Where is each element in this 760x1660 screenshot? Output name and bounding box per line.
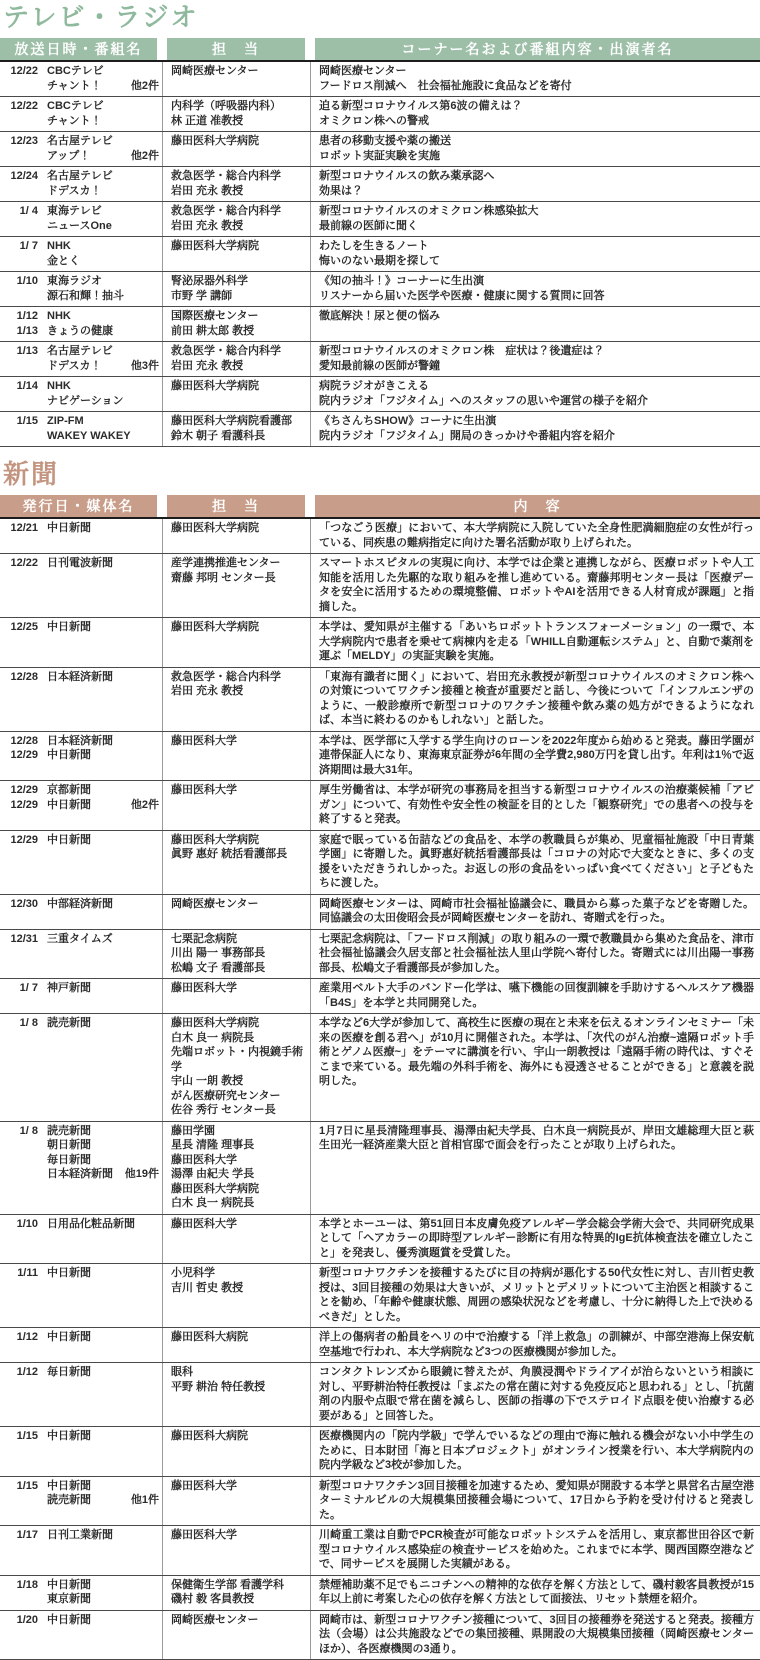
date-label <box>5 254 38 269</box>
content-cell: 洋上の傷病者の船員をヘリの中で治療する「洋上救急」の訓練が、中部空港海上保安航空… <box>310 1328 760 1362</box>
content-paragraph: 岡崎市は、新型コロナワクチン接種について、3回目の接種券を発送すると発表。接種方… <box>319 1613 754 1657</box>
program-line: 1/13名古屋テレビ <box>5 344 159 359</box>
program-cell: 1/13名古屋テレビドデスカ！他3件 <box>0 342 162 376</box>
date-label <box>5 429 38 444</box>
staff-line: 岩田 充永 教授 <box>171 684 306 699</box>
media-line: 12/25中日新聞 <box>5 620 159 635</box>
program-cell: 12/24名古屋テレビドデスカ！ <box>0 167 162 201</box>
media-cell: 1/11中日新聞 <box>0 1264 162 1327</box>
table-row: 12/31三重タイムズ七栗記念病院川出 陽一 事務部長松嶋 文子 看護部長七栗記… <box>0 930 760 980</box>
media-name: 三重タイムズ <box>47 932 113 947</box>
media-line: 読売新聞他1件 <box>5 1493 159 1508</box>
staff-line: 藤田医科大学病院 <box>171 379 306 394</box>
content-line: 院内ラジオ「フジタイム」へのスタッフの思いや運営の様子を紹介 <box>319 394 754 409</box>
tv-table-header-row: 放送日時・番組名 担 当 コーナー名および番組内容・出演者名 <box>0 38 760 62</box>
date-label: 12/22 <box>5 64 38 79</box>
staff-cell: 保健衛生学部 看護学科磯村 毅 客員教授 <box>162 1576 310 1610</box>
date-label: 12/29 <box>5 783 38 798</box>
staff-line: 星長 清隆 理事長 <box>171 1138 306 1153</box>
staff-cell: 救急医学・総合内科学岩田 充永 教授 <box>162 668 310 731</box>
media-line: 東京新聞 <box>5 1592 159 1607</box>
media-name: 中日新聞 <box>47 748 91 763</box>
date-label <box>5 219 38 234</box>
content-cell: 新型コロナウイルスのオミクロン株感染拡大最前線の医師に聞く <box>310 202 760 236</box>
table-row: 1/12毎日新聞眼科平野 耕治 特任教授コンタクトレンズから眼鏡に替えたが、角膜… <box>0 1363 760 1427</box>
content-cell: 新型コロナワクチンを接種するたびに目の持病が悪化する50代女性に対し、吉川哲史教… <box>310 1264 760 1327</box>
table-row: 12/22日刊電波新聞産学連携推進センター齋藤 邦明 センター長スマートホスピタ… <box>0 554 760 618</box>
content-cell: 新型コロナワクチン3回目接種を加速するため、愛知県が開設する本学と県営名古屋空港… <box>310 1477 760 1526</box>
staff-line: 白木 良一 病院長 <box>171 1196 306 1211</box>
program-name: NHK <box>47 309 71 324</box>
table-row: 1/12中日新聞藤田医科大病院洋上の傷病者の船員をヘリの中で治療する「洋上救急」… <box>0 1328 760 1363</box>
staff-line: 保健衛生学部 看護学科 <box>171 1578 306 1593</box>
newspaper-table-header-row: 発行日・媒体名 担 当 内 容 <box>0 495 760 519</box>
media-line: 12/30中部経済新聞 <box>5 897 159 912</box>
tv-radio-title: テレビ・ラジオ <box>3 2 760 32</box>
date-label: 1/ 8 <box>5 1124 38 1139</box>
staff-cell: 藤田医科大学病院眞野 惠好 統括看護部長 <box>162 831 310 894</box>
table-row: 1/15中日新聞藤田医科大病院医療機関内の「院内学級」で学んでいるなどの理由で海… <box>0 1427 760 1477</box>
staff-line: 救急医学・総合内科学 <box>171 344 306 359</box>
staff-line: 内科学（呼吸器内科） <box>171 99 306 114</box>
table-row: 12/28日本経済新聞12/29中日新聞藤田医科大学本学は、医学部に入学する学生… <box>0 732 760 782</box>
extra-count-label: 他2件 <box>131 149 159 164</box>
staff-line: 藤田医科大学 <box>171 1217 306 1232</box>
tv-table-body: 12/22CBCテレビチャント！他2件岡崎医療センター岡崎医療センターフードロス… <box>0 62 760 447</box>
program-line: ドデスカ！他3件 <box>5 359 159 374</box>
staff-line: 藤田医科大学 <box>171 981 306 996</box>
date-label <box>5 1138 38 1153</box>
tv-header-col-program: 放送日時・番組名 <box>0 38 162 60</box>
program-name: 金とく <box>47 254 80 269</box>
staff-line: 藤田医科大学 <box>171 1153 306 1168</box>
staff-line: 川出 陽一 事務部長 <box>171 946 306 961</box>
content-cell: 本学は、愛知県が主催する「あいちロボットトランスフォーメーション」の一環で、本大… <box>310 618 760 667</box>
table-row: 12/24名古屋テレビドデスカ！救急医学・総合内科学岩田 充永 教授新型コロナウ… <box>0 167 760 202</box>
newspaper-header-col-media-label: 発行日・媒体名 <box>0 495 157 517</box>
staff-cell: 内科学（呼吸器内科）林 正道 准教授 <box>162 97 310 131</box>
program-line: 12/22CBCテレビ <box>5 64 159 79</box>
program-name: NHK <box>47 239 71 254</box>
date-label: 12/24 <box>5 169 38 184</box>
table-row: 1/ 8読売新聞藤田医科大学病院白木 良一 病院長先端ロボット・内視鏡手術学宇山… <box>0 1014 760 1122</box>
program-cell: 1/10東海ラジオ源石和輝！抽斗 <box>0 272 162 306</box>
content-line: 迫る新型コロナウイルス第6波の備えは？ <box>319 99 754 114</box>
content-paragraph: 禁煙補助薬不足でもニコチンへの精神的な依存を解く方法として、磯村毅客員教授が15… <box>319 1578 754 1607</box>
program-name: ニュースOne <box>47 219 112 234</box>
staff-line: 先端ロボット・内視鏡手術学 <box>171 1045 306 1074</box>
staff-line: 藤田医科大病院 <box>171 1330 306 1345</box>
content-cell: 《ちさんちSHOW》コーナに生出演院内ラジオ「フジタイム」開局のきっかけや番組内… <box>310 412 760 446</box>
table-row: 1/11中日新聞小児科学吉川 哲史 教授新型コロナワクチンを接種するたびに目の持… <box>0 1264 760 1328</box>
content-paragraph: 「東海有識者に聞く」において、岩田充永教授が新型コロナウイルスのオミクロン株への… <box>319 670 754 728</box>
program-cell: 1/14NHKナビゲーション <box>0 377 162 411</box>
program-name: 東海ラジオ <box>47 274 102 289</box>
program-line: 1/14NHK <box>5 379 159 394</box>
media-name: 日刊工業新聞 <box>47 1528 113 1543</box>
date-label: 12/31 <box>5 932 38 947</box>
date-label: 1/15 <box>5 1479 38 1494</box>
media-name: 神戸新聞 <box>47 981 91 996</box>
media-line: 12/28日本経済新聞 <box>5 670 159 685</box>
content-cell: 家庭で眠っている缶詰などの食品を、本学の教職員らが集め、児童福祉施設「中日青葉学… <box>310 831 760 894</box>
staff-line: 藤田医科大学病院 <box>171 1016 306 1031</box>
content-paragraph: 新型コロナワクチン3回目接種を加速するため、愛知県が開設する本学と県営名古屋空港… <box>319 1479 754 1523</box>
media-line: 1/20中日新聞 <box>5 1613 159 1628</box>
date-label <box>5 359 38 374</box>
content-cell: 本学は、医学部に入学する学生向けのローンを2022年度から始めると発表。藤田学園… <box>310 732 760 781</box>
staff-line: 前田 耕太郎 教授 <box>171 324 306 339</box>
content-paragraph: 1月7日に星長清隆理事長、湯澤由紀夫学長、白木良一病院長が、岸田文雄総理大臣と萩… <box>319 1124 754 1153</box>
media-cell: 12/22日刊電波新聞 <box>0 554 162 617</box>
staff-cell: 藤田医科大学病院 <box>162 132 310 166</box>
staff-line: 岩田 充永 教授 <box>171 184 306 199</box>
table-row: 12/28日本経済新聞救急医学・総合内科学岩田 充永 教授「東海有識者に聞く」に… <box>0 668 760 732</box>
table-row: 1/ 4東海テレビニュースOne救急医学・総合内科学岩田 充永 教授新型コロナウ… <box>0 202 760 237</box>
staff-cell: 藤田学園星長 清隆 理事長藤田医科大学湯澤 由紀夫 学長藤田医科大学病院白木 良… <box>162 1122 310 1214</box>
date-label: 1/18 <box>5 1578 38 1593</box>
program-name: 名古屋テレビ <box>47 344 113 359</box>
media-line: 1/ 7神戸新聞 <box>5 981 159 996</box>
content-paragraph: 「つなごう医療」において、本大学病院に入院していた全身性肥満細胞症の女性が行って… <box>319 521 754 550</box>
date-label: 12/22 <box>5 556 38 571</box>
staff-line: 岩田 充永 教授 <box>171 359 306 374</box>
content-line: 患者の移動支援や薬の搬送 <box>319 134 754 149</box>
table-row: 1/10日用品化粧品新聞藤田医科大学本学とホーユーは、第51回日本皮膚免疫アレル… <box>0 1215 760 1265</box>
content-line: 徹底解決！尿と便の悩み <box>319 309 754 324</box>
table-row: 1/15中日新聞読売新聞他1件藤田医科大学新型コロナワクチン3回目接種を加速する… <box>0 1477 760 1527</box>
media-line: 1/12中日新聞 <box>5 1330 159 1345</box>
content-line: 新型コロナウイルスの飲み薬承認へ <box>319 169 754 184</box>
table-row: 12/22CBCテレビチャント！内科学（呼吸器内科）林 正道 准教授迫る新型コロ… <box>0 97 760 132</box>
program-line: 源石和輝！抽斗 <box>5 289 159 304</box>
media-name: 日用品化粧品新聞 <box>47 1217 135 1232</box>
staff-line: 藤田医科大病院 <box>171 1429 306 1444</box>
content-line: 愛知最前線の医師が警鐘 <box>319 359 754 374</box>
media-cell: 12/29京都新聞12/29中日新聞他2件 <box>0 781 162 830</box>
media-name: 中部経済新聞 <box>47 897 113 912</box>
media-line: 12/29中日新聞 <box>5 748 159 763</box>
staff-line: 七栗記念病院 <box>171 932 306 947</box>
media-line: 1/11中日新聞 <box>5 1266 159 1281</box>
program-line: WAKEY WAKEY <box>5 429 159 444</box>
media-line: 12/31三重タイムズ <box>5 932 159 947</box>
media-name: 日本経済新聞 <box>47 734 113 749</box>
program-line: 金とく <box>5 254 159 269</box>
media-name: 毎日新聞 <box>47 1365 91 1380</box>
content-line: 効果は？ <box>319 184 754 199</box>
media-cell: 1/12毎日新聞 <box>0 1363 162 1426</box>
table-row: 1/14NHKナビゲーション藤田医科大学病院病院ラジオがきこえる院内ラジオ「フジ… <box>0 377 760 412</box>
date-label <box>5 1167 38 1182</box>
content-paragraph: 家庭で眠っている缶詰などの食品を、本学の教職員らが集め、児童福祉施設「中日青葉学… <box>319 833 754 891</box>
content-paragraph: 産業用ベルト大手のバンドー化学は、嚥下機能の回復訓練を手助けするヘルスケア機器「… <box>319 981 754 1010</box>
program-line: 1/10東海ラジオ <box>5 274 159 289</box>
media-name: 中日新聞 <box>47 833 91 848</box>
date-label: 1/ 7 <box>5 981 38 996</box>
content-line: 岡崎医療センター <box>319 64 754 79</box>
staff-cell: 岡崎医療センター <box>162 62 310 96</box>
content-cell: 「つなごう医療」において、本大学病院に入院していた全身性肥満細胞症の女性が行って… <box>310 519 760 553</box>
content-line: 最前線の医師に聞く <box>319 219 754 234</box>
media-line: 日本経済新聞他19件 <box>5 1167 159 1182</box>
staff-cell: 救急医学・総合内科学岩田 充永 教授 <box>162 167 310 201</box>
media-name: 東京新聞 <box>47 1592 91 1607</box>
date-label: 1/14 <box>5 379 38 394</box>
program-line: ニュースOne <box>5 219 159 234</box>
newspaper-table-body: 12/21中日新聞藤田医科大学病院「つなごう医療」において、本大学病院に入院して… <box>0 519 760 1660</box>
media-name: 中日新聞 <box>47 1613 91 1628</box>
media-line: 朝日新聞 <box>5 1138 159 1153</box>
newspaper-table: 発行日・媒体名 担 当 内 容 12/21中日新聞藤田医科大学病院「つなごう医療… <box>0 495 760 1660</box>
date-label <box>5 149 38 164</box>
date-label: 1/ 7 <box>5 239 38 254</box>
content-cell: スマートホスピタルの実現に向け、本学では企業と連携しながら、医療ロボットや人工知… <box>310 554 760 617</box>
content-paragraph: 本学とホーユーは、第51回日本皮膚免疫アレルギー学会総会学術大会で、共同研究成果… <box>319 1217 754 1261</box>
staff-line: 藤田医科大学病院 <box>171 833 306 848</box>
program-name: チャント！ <box>47 114 102 129</box>
program-line: 1/12NHK <box>5 309 159 324</box>
date-label <box>5 1493 38 1508</box>
content-paragraph: 洋上の傷病者の船員をヘリの中で治療する「洋上救急」の訓練が、中部空港海上保安航空… <box>319 1330 754 1359</box>
program-cell: 1/ 7NHK金とく <box>0 237 162 271</box>
program-name: チャント！ <box>47 79 102 94</box>
program-cell: 1/15ZIP-FMWAKEY WAKEY <box>0 412 162 446</box>
date-label <box>5 394 38 409</box>
table-row: 12/21中日新聞藤田医科大学病院「つなごう医療」において、本大学病院に入院して… <box>0 519 760 554</box>
staff-cell: 藤田医科大学病院 <box>162 377 310 411</box>
staff-line: 藤田医科大学病院 <box>171 239 306 254</box>
tv-header-col-content: コーナー名および番組内容・出演者名 <box>310 38 760 60</box>
table-row: 1/13名古屋テレビドデスカ！他3件救急医学・総合内科学岩田 充永 教授新型コロ… <box>0 342 760 377</box>
extra-count-label: 他2件 <box>131 79 159 94</box>
program-name: ドデスカ！ <box>47 184 102 199</box>
program-cell: 12/23名古屋テレビアップ！他2件 <box>0 132 162 166</box>
tv-radio-table: 放送日時・番組名 担 当 コーナー名および番組内容・出演者名 12/22CBCテ… <box>0 38 760 447</box>
staff-line: 佐谷 秀行 センター長 <box>171 1103 306 1118</box>
date-label: 1/15 <box>5 1429 38 1444</box>
staff-cell: 藤田医科大学病院白木 良一 病院長先端ロボット・内視鏡手術学宇山 一朗 教授がん… <box>162 1014 310 1121</box>
media-name: 中日新聞 <box>47 1266 91 1281</box>
media-cell: 12/31三重タイムズ <box>0 930 162 979</box>
media-name: 読売新聞 <box>47 1493 91 1508</box>
media-name: 日刊電波新聞 <box>47 556 113 571</box>
table-row: 12/23名古屋テレビアップ！他2件藤田医科大学病院患者の移動支援や薬の搬送ロボ… <box>0 132 760 167</box>
staff-cell: 藤田医科大学 <box>162 1477 310 1526</box>
program-cell: 1/12NHK1/13きょうの健康 <box>0 307 162 341</box>
staff-cell: 藤田医科大学 <box>162 1215 310 1264</box>
staff-line: 松嶋 文子 看護部長 <box>171 961 306 976</box>
staff-line: 岩田 充永 教授 <box>171 219 306 234</box>
newspaper-header-col-content-label: 内 容 <box>315 495 760 517</box>
date-label <box>5 79 38 94</box>
content-cell: 1月7日に星長清隆理事長、湯澤由紀夫学長、白木良一病院長が、岸田文雄総理大臣と萩… <box>310 1122 760 1214</box>
staff-cell: 岡崎医療センター <box>162 1611 310 1660</box>
staff-line: 藤田医科大学 <box>171 734 306 749</box>
content-cell: 岡崎市は、新型コロナワクチン接種について、3回目の接種券を発送すると発表。接種方… <box>310 1611 760 1660</box>
content-line: リスナーから届いた医学や医療・健康に関する質問に回答 <box>319 289 754 304</box>
staff-line: 白木 良一 病院長 <box>171 1031 306 1046</box>
content-paragraph: 本学は、医学部に入学する学生向けのローンを2022年度から始めると発表。藤田学園… <box>319 734 754 778</box>
content-paragraph: コンタクトレンズから眼鏡に替えたが、角膜浸潤やドライアイが治らないという相談に対… <box>319 1365 754 1423</box>
date-label: 12/29 <box>5 748 38 763</box>
media-line: 12/29中日新聞 <box>5 833 159 848</box>
date-label: 1/13 <box>5 324 38 339</box>
content-paragraph: 厚生労働省は、本学が研究の事務局を担当する新型コロナウイルスの治療薬候補「アビガ… <box>319 783 754 827</box>
program-name: 名古屋テレビ <box>47 169 113 184</box>
media-line: 1/15中日新聞 <box>5 1479 159 1494</box>
staff-cell: 藤田医科大学病院 <box>162 519 310 553</box>
program-name: きょうの健康 <box>47 324 113 339</box>
media-name: 日本経済新聞 <box>47 1167 113 1182</box>
content-cell: 禁煙補助薬不足でもニコチンへの精神的な依存を解く方法として、磯村毅客員教授が15… <box>310 1576 760 1610</box>
date-label: 12/28 <box>5 670 38 685</box>
staff-line: 鈴木 朝子 看護科長 <box>171 429 306 444</box>
staff-cell: 藤田医科大学 <box>162 732 310 781</box>
content-line: フードロス削減へ 社会福祉施設に食品などを寄付 <box>319 79 754 94</box>
table-row: 1/18中日新聞東京新聞保健衛生学部 看護学科磯村 毅 客員教授禁煙補助薬不足で… <box>0 1576 760 1611</box>
staff-line: 国際医療センター <box>171 309 306 324</box>
content-cell: 厚生労働省は、本学が研究の事務局を担当する新型コロナウイルスの治療薬候補「アビガ… <box>310 781 760 830</box>
staff-line: 産学連携推進センター <box>171 556 306 571</box>
content-line: 《ちさんちSHOW》コーナに生出演 <box>319 414 754 429</box>
date-label: 12/28 <box>5 734 38 749</box>
media-line: 12/22日刊電波新聞 <box>5 556 159 571</box>
media-line: 12/28日本経済新聞 <box>5 734 159 749</box>
staff-line: 藤田医科大学 <box>171 1479 306 1494</box>
content-line: 病院ラジオがきこえる <box>319 379 754 394</box>
content-line: 新型コロナウイルスのオミクロン株 症状は？後遺症は？ <box>319 344 754 359</box>
content-line: 《知の抽斗！》コーナーに生出演 <box>319 274 754 289</box>
media-name: 中日新聞 <box>47 1578 91 1593</box>
content-paragraph: 本学は、愛知県が主催する「あいちロボットトランスフォーメーション」の一環で、本大… <box>319 620 754 664</box>
staff-line: 腎泌尿器外科学 <box>171 274 306 289</box>
program-name: ナビゲーション <box>47 394 124 409</box>
media-cell: 1/20中日新聞 <box>0 1611 162 1660</box>
date-label: 1/12 <box>5 309 38 324</box>
program-line: 12/23名古屋テレビ <box>5 134 159 149</box>
media-line: 1/18中日新聞 <box>5 1578 159 1593</box>
program-line: チャント！他2件 <box>5 79 159 94</box>
content-cell: 川崎重工業は自動でPCR検査が可能なロボットシステムを活用し、東京都世田谷区で新… <box>310 1526 760 1575</box>
extra-count-label: 他1件 <box>131 1493 159 1508</box>
program-line: 1/ 4東海テレビ <box>5 204 159 219</box>
staff-line: 救急医学・総合内科学 <box>171 670 306 685</box>
media-name: 読売新聞 <box>47 1016 91 1031</box>
staff-line: がん医療研究センター <box>171 1089 306 1104</box>
media-cell: 1/15中日新聞読売新聞他1件 <box>0 1477 162 1526</box>
content-paragraph: 七栗記念病院は、「フードロス削減」の取り組みの一環で教職員から集めた食品を、津市… <box>319 932 754 976</box>
content-line: 院内ラジオ「フジタイム」開局のきっかけや番組内容を紹介 <box>319 429 754 444</box>
staff-line: 藤田医科大学病院 <box>171 620 306 635</box>
date-label <box>5 184 38 199</box>
tv-header-col-staff: 担 当 <box>162 38 310 60</box>
program-line: 1/13きょうの健康 <box>5 324 159 339</box>
media-name: 日本経済新聞 <box>47 670 113 685</box>
staff-line: 藤田医科大学病院看護部 <box>171 414 306 429</box>
media-cell: 1/10日用品化粧品新聞 <box>0 1215 162 1264</box>
date-label: 1/12 <box>5 1365 38 1380</box>
content-cell: 迫る新型コロナウイルス第6波の備えは？オミクロン株への警戒 <box>310 97 760 131</box>
program-cell: 1/ 4東海テレビニュースOne <box>0 202 162 236</box>
media-line: 12/29中日新聞他2件 <box>5 798 159 813</box>
newspaper-title: 新聞 <box>3 459 760 489</box>
table-row: 1/ 7神戸新聞藤田医科大学産業用ベルト大手のバンドー化学は、嚥下機能の回復訓練… <box>0 979 760 1014</box>
staff-line: 磯村 毅 客員教授 <box>171 1592 306 1607</box>
table-row: 1/ 8読売新聞朝日新聞毎日新聞日本経済新聞他19件藤田学園星長 清隆 理事長藤… <box>0 1122 760 1215</box>
content-line: ロボット実証実験を実施 <box>319 149 754 164</box>
staff-line: 林 正道 准教授 <box>171 114 306 129</box>
program-name: 名古屋テレビ <box>47 134 113 149</box>
media-line: 1/12毎日新聞 <box>5 1365 159 1380</box>
staff-cell: 救急医学・総合内科学岩田 充永 教授 <box>162 342 310 376</box>
program-name: CBCテレビ <box>47 99 104 114</box>
staff-cell: 藤田医科大学病院看護部鈴木 朝子 看護科長 <box>162 412 310 446</box>
date-label <box>5 1153 38 1168</box>
media-name: 中日新聞 <box>47 1429 91 1444</box>
staff-line: 藤田医科大学病院 <box>171 1182 306 1197</box>
content-cell: 患者の移動支援や薬の搬送ロボット実証実験を実施 <box>310 132 760 166</box>
program-name: アップ！ <box>47 149 90 164</box>
media-line: 1/17日刊工業新聞 <box>5 1528 159 1543</box>
staff-cell: 藤田医科大学病院 <box>162 618 310 667</box>
content-cell: コンタクトレンズから眼鏡に替えたが、角膜浸潤やドライアイが治らないという相談に対… <box>310 1363 760 1426</box>
staff-line: 吉川 哲史 教授 <box>171 1281 306 1296</box>
media-line: 12/29京都新聞 <box>5 783 159 798</box>
staff-cell: 藤田医科大病院 <box>162 1328 310 1362</box>
program-name: NHK <box>47 379 71 394</box>
newspaper-section: 新聞 発行日・媒体名 担 当 内 容 12/21中日新聞藤田医科大学病院「つなご… <box>0 459 760 1660</box>
content-cell: 岡崎医療センターフードロス削減へ 社会福祉施設に食品などを寄付 <box>310 62 760 96</box>
newspaper-header-col-staff: 担 当 <box>162 495 310 517</box>
date-label: 1/ 8 <box>5 1016 38 1031</box>
table-row: 12/30中部経済新聞岡崎医療センター岡崎医療センターは、岡崎市社会福祉協議会に… <box>0 895 760 930</box>
media-cell: 12/25中日新聞 <box>0 618 162 667</box>
staff-line: 眼科 <box>171 1365 306 1380</box>
media-name: 京都新聞 <box>47 783 91 798</box>
media-line: 1/ 8読売新聞 <box>5 1016 159 1031</box>
content-cell: 七栗記念病院は、「フードロス削減」の取り組みの一環で教職員から集めた食品を、津市… <box>310 930 760 979</box>
content-paragraph: 川崎重工業は自動でPCR検査が可能なロボットシステムを活用し、東京都世田谷区で新… <box>319 1528 754 1572</box>
staff-cell: 国際医療センター前田 耕太郎 教授 <box>162 307 310 341</box>
staff-cell: 小児科学吉川 哲史 教授 <box>162 1264 310 1327</box>
program-line: アップ！他2件 <box>5 149 159 164</box>
media-cell: 1/ 8読売新聞朝日新聞毎日新聞日本経済新聞他19件 <box>0 1122 162 1214</box>
program-line: 1/ 7NHK <box>5 239 159 254</box>
staff-line: 岡崎医療センター <box>171 64 306 79</box>
date-label: 12/23 <box>5 134 38 149</box>
content-cell: 新型コロナウイルスの飲み薬承認へ効果は？ <box>310 167 760 201</box>
date-label: 1/15 <box>5 414 38 429</box>
program-cell: 12/22CBCテレビチャント！他2件 <box>0 62 162 96</box>
table-row: 1/10東海ラジオ源石和輝！抽斗腎泌尿器外科学市野 学 講師《知の抽斗！》コーナ… <box>0 272 760 307</box>
staff-cell: 眼科平野 耕治 特任教授 <box>162 1363 310 1426</box>
date-label: 1/11 <box>5 1266 38 1281</box>
media-name: 中日新聞 <box>47 521 91 536</box>
content-line: オミクロン株への警戒 <box>319 114 754 129</box>
newspaper-header-col-content: 内 容 <box>310 495 760 517</box>
staff-cell: 藤田医科大学病院 <box>162 237 310 271</box>
table-row: 1/12NHK1/13きょうの健康国際医療センター前田 耕太郎 教授徹底解決！尿… <box>0 307 760 342</box>
staff-line: 宇山 一朗 教授 <box>171 1074 306 1089</box>
content-paragraph: 医療機関内の「院内学級」で学んでいるなどの理由で海に触れる機会がない小中学生のた… <box>319 1429 754 1473</box>
media-name: 読売新聞 <box>47 1124 91 1139</box>
content-cell: 産業用ベルト大手のバンドー化学は、嚥下機能の回復訓練を手助けするヘルスケア機器「… <box>310 979 760 1013</box>
table-row: 1/15ZIP-FMWAKEY WAKEY藤田医科大学病院看護部鈴木 朝子 看護… <box>0 412 760 447</box>
media-name: 中日新聞 <box>47 1479 91 1494</box>
staff-cell: 岡崎医療センター <box>162 895 310 929</box>
media-cell: 1/12中日新聞 <box>0 1328 162 1362</box>
